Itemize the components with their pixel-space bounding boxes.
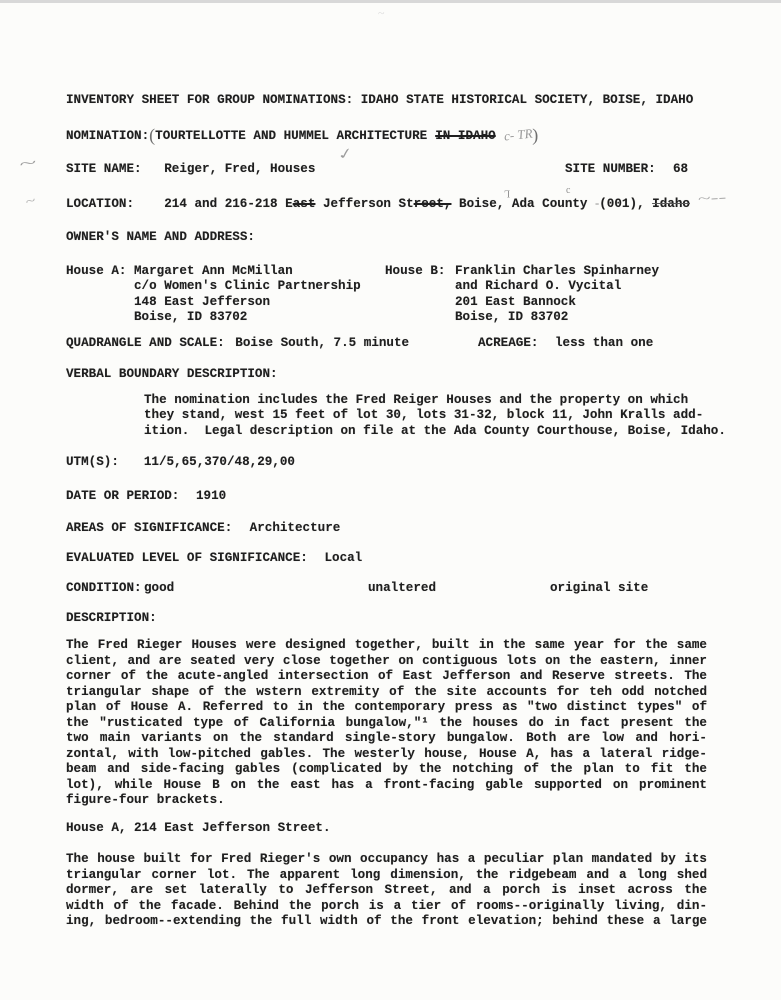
utm-line: UTM(S):11/5,65,370/48,29,00 (66, 455, 707, 471)
owner-b-line: Franklin Charles Spinharney (455, 264, 707, 280)
description-line: plan of House A. Referred to in the cont… (66, 700, 707, 716)
condition-value-unaltered: unaltered (368, 581, 436, 597)
condition-label: CONDITION: (66, 581, 142, 595)
owner-a-line: Boise, ID 83702 (134, 310, 385, 326)
house-b-label: House B: (385, 264, 455, 326)
description-line: The Fred Rieger Houses were designed tog… (66, 638, 707, 654)
utm-value: 11/5,65,370/48,29,00 (144, 455, 295, 469)
evaluated-label: EVALUATED LEVEL OF SIGNIFICANCE: (66, 551, 324, 567)
condition-line: CONDITION:goodunalteredoriginal site (66, 581, 707, 597)
acreage-value: less than one (555, 336, 653, 352)
owner-b-line: 201 East Bannock (455, 295, 707, 311)
pencil-margin-tick-site: ~ (19, 156, 38, 174)
owner-a-line: Margaret Ann McMillan (134, 264, 385, 280)
areas-line: AREAS OF SIGNIFICANCE:Architecture (66, 521, 707, 537)
location-part: (001), (599, 197, 652, 211)
description-line: triangular corner lot. The apparent long… (66, 868, 707, 884)
house-a-address: Margaret Ann McMillanc/o Women's Clinic … (134, 264, 385, 326)
scanned-document-page: ~ ~ ~ ✓ INVENTORY SHEET FOR GROUP NOMINA… (0, 0, 781, 1000)
description-paragraph-2: The house built for Fred Rieger's own oc… (66, 852, 707, 930)
nomination-value: TOURTELLOTTE AND HUMMEL ARCHITECTURE (155, 129, 427, 143)
site-number-label: SITE NUMBER: (565, 162, 656, 178)
date-value: 1910 (196, 489, 226, 503)
description-line: dormer, are set laterally to Jefferson S… (66, 883, 707, 899)
site-name-line: SITE NAME:Reiger, Fred, HousesSITE NUMBE… (66, 162, 707, 178)
location-struck-idaho: Idaho (652, 197, 690, 211)
description-paragraph-1: The Fred Rieger Houses were designed tog… (66, 638, 707, 809)
location-label: LOCATION: (66, 197, 164, 213)
location-struck-reet: reet, (414, 197, 452, 211)
owner-b-line: and Richard O. Vycital (455, 279, 707, 295)
description-line: two main variants on the standard single… (66, 731, 707, 747)
pencil-margin-tick-location: ~ (24, 192, 37, 209)
house-a-subheading: House A, 214 East Jefferson Street. (66, 821, 707, 837)
pencil-trailing-squiggle: ~-- (697, 189, 726, 206)
quadrangle-label: QUADRANGLE AND SCALE: (66, 336, 235, 352)
quadrangle-value: Boise South, 7.5 minute (235, 336, 409, 350)
description-line: figure-four brackets. (66, 793, 707, 809)
description-line: width of the facade. Behind the porch is… (66, 899, 707, 915)
location-part: Jefferson St (315, 197, 413, 211)
date-label: DATE OR PERIOD: (66, 489, 196, 505)
condition-value-good: good (144, 581, 174, 597)
site-name-value: Reiger, Fred, Houses (164, 162, 315, 176)
owner-b-line: Boise, ID 83702 (455, 310, 707, 326)
pencil-mark-above-county: c (566, 183, 570, 199)
owner-a-line: c/o Women's Clinic Partnership (134, 279, 385, 295)
description-line: beam and side-facing gables (complicated… (66, 762, 707, 778)
acreage-label: ACREAGE: (478, 336, 538, 352)
description-line: lot), while House B on the east has a fr… (66, 778, 707, 794)
house-a-label: House A: (66, 264, 134, 326)
owners-heading: OWNER'S NAME AND ADDRESS: (66, 230, 707, 246)
description-heading: DESCRIPTION: (66, 611, 707, 627)
boundary-paragraph: The nomination includes the Fred Reiger … (66, 393, 707, 440)
description-line: client, and are seated very close togeth… (66, 654, 707, 670)
description-line: zontal, with low-pitched gables. The wes… (66, 747, 707, 763)
evaluated-line: EVALUATED LEVEL OF SIGNIFICANCE:Local (66, 551, 707, 567)
areas-label: AREAS OF SIGNIFICANCE: (66, 521, 250, 537)
description-line: ing, bedroom--extending the full width o… (66, 914, 707, 930)
owners-block: House A: Margaret Ann McMillanc/o Women'… (66, 264, 707, 326)
typewritten-content: INVENTORY SHEET FOR GROUP NOMINATIONS: I… (66, 0, 707, 930)
date-line: DATE OR PERIOD:1910 (66, 489, 707, 505)
boundary-heading: VERBAL BOUNDARY DESCRIPTION: (66, 367, 707, 383)
boundary-line: ition. Legal description on file at the … (144, 424, 707, 440)
site-number-value: 68 (673, 162, 688, 178)
boundary-line: they stand, west 15 feet of lot 30, lots… (144, 408, 707, 424)
location-part: 214 and 216-218 E (164, 197, 292, 211)
nomination-line: NOMINATION:(TOURTELLOTTE AND HUMMEL ARCH… (66, 127, 707, 145)
description-line: The house built for Fred Rieger's own oc… (66, 852, 707, 868)
site-name-label: SITE NAME: (66, 162, 164, 178)
description-line: corner of the acute-angled intersection … (66, 669, 707, 685)
document-title: INVENTORY SHEET FOR GROUP NOMINATIONS: I… (66, 93, 707, 109)
nomination-label: NOMINATION: (66, 129, 149, 145)
utm-label: UTM(S): (66, 455, 144, 471)
pencil-note: c- TR (503, 125, 533, 143)
quadrangle-line: QUADRANGLE AND SCALE:Boise South, 7.5 mi… (66, 336, 707, 352)
owner-a-line: 148 East Jefferson (134, 295, 385, 311)
location-struck-ast: ast (293, 197, 316, 211)
condition-value-original-site: original site (550, 581, 648, 597)
evaluated-value: Local (324, 551, 362, 565)
location-line: LOCATION:214 and 216-218 East Jefferson … (66, 196, 707, 213)
location-part: Boise, Ada County (451, 197, 595, 211)
areas-value: Architecture (250, 521, 341, 535)
description-line: triangular shape of the wstern extremity… (66, 685, 707, 701)
boundary-line: The nomination includes the Fred Reiger … (144, 393, 707, 409)
description-line: the "rusticated type of California bunga… (66, 716, 707, 732)
nomination-struck-text: IN IDAHO (435, 129, 495, 143)
pencil-mark-above-boise: L (504, 185, 510, 201)
house-b-address: Franklin Charles Spinharneyand Richard O… (455, 264, 707, 326)
